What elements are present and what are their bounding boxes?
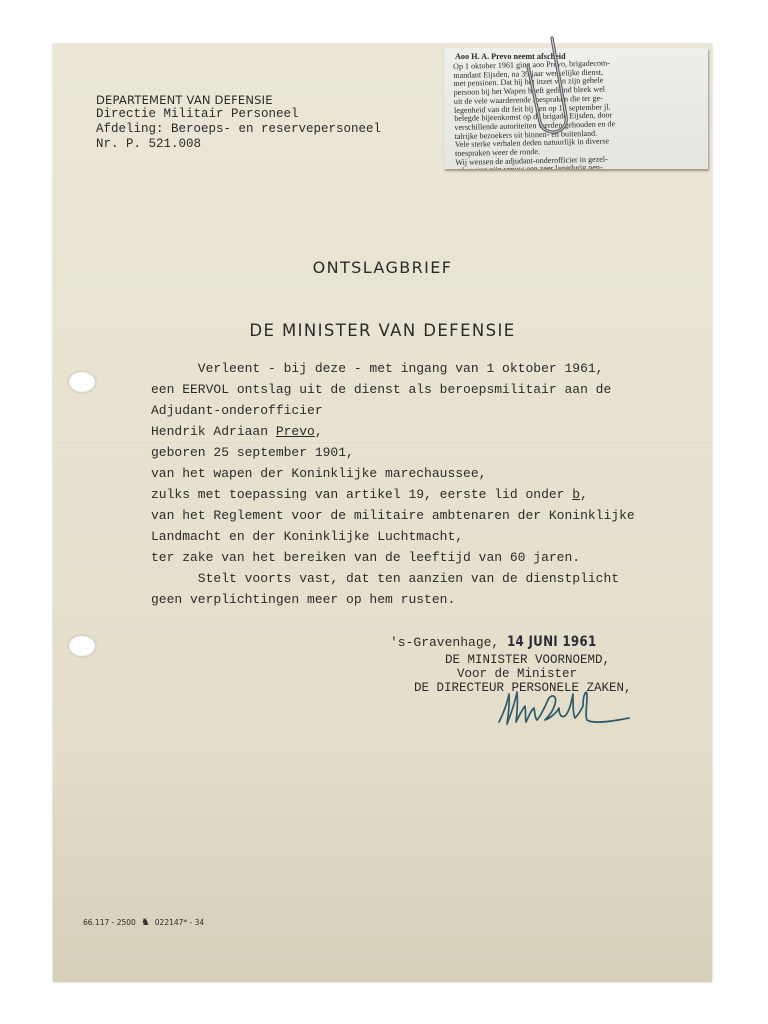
date-stamp: 14 JUNI 1961 — [507, 634, 597, 650]
body-line: geboren 25 september 1901, — [151, 445, 354, 460]
handwritten-signature — [493, 684, 633, 734]
body-punctuation: , — [315, 424, 323, 439]
surname-underlined: Prevo — [276, 424, 315, 439]
footer-code-right: 022147* - 34 — [155, 918, 204, 927]
body-line: ter zake van het bereiken van de leeftij… — [151, 550, 580, 565]
print-footer: 66.117 - 2500 ♞ 022147* - 34 — [83, 917, 204, 928]
crest-icon: ♞ — [141, 917, 150, 928]
clipping-text: Op 1 oktober 1961 ging aoo Prevo, brigad… — [453, 57, 708, 169]
division-line: Afdeling: Beroeps- en reservepersoneel — [96, 122, 381, 136]
body-line: Stelt voorts vast, dat ten aanzien van d… — [151, 571, 619, 586]
document-paper: DEPARTEMENT VAN DEFENSIE Directie Milita… — [53, 44, 712, 982]
document-title: ONTSLAGBRIEF — [53, 258, 712, 277]
document-body: Verleent - bij deze - met ingang van 1 o… — [151, 358, 635, 610]
department-heading: DEPARTEMENT VAN DEFENSIE — [96, 93, 273, 107]
body-line: van het wapen der Koninklijke marechauss… — [151, 466, 486, 481]
body-line: Landmacht en der Koninklijke Luchtmacht, — [151, 529, 463, 544]
place-and-date: 's-Gravenhage, 14 JUNI 1961 — [390, 634, 612, 650]
letterhead-lines: Directie Militair Personeel Afdeling: Be… — [96, 107, 381, 152]
reference-number: Nr. P. 521.008 — [96, 137, 201, 151]
body-line: zulks met toepassing van artikel 19, eer… — [151, 487, 572, 502]
paperclip-icon — [522, 36, 572, 141]
newspaper-clipping: Aoo H. A. Prevo neemt afscheid Op 1 okto… — [444, 48, 708, 169]
punch-hole-bottom — [68, 635, 96, 657]
signature-line-1: DE MINISTER VOORNOEMD, — [445, 653, 610, 668]
signature-line-2: Voor de Minister — [457, 667, 577, 682]
footer-code-left: 66.117 - 2500 — [83, 918, 136, 927]
punch-hole-top — [68, 371, 96, 393]
body-line: Verleent - bij deze - met ingang van 1 o… — [151, 361, 603, 376]
body-line: Hendrik Adriaan — [151, 424, 276, 439]
body-line: geen verplichtingen meer op hem rusten. — [151, 592, 455, 607]
body-punctuation: , — [580, 487, 588, 502]
body-line: Adjudant-onderofficier — [151, 403, 323, 418]
place: 's-Gravenhage, — [390, 635, 507, 650]
issuer-heading: DE MINISTER VAN DEFENSIE — [53, 321, 712, 340]
clause-letter-underlined: b — [572, 487, 580, 502]
body-line: van het Reglement voor de militaire ambt… — [151, 508, 635, 523]
body-line: een EERVOL ontslag uit de dienst als ber… — [151, 382, 611, 397]
directorate-line: Directie Militair Personeel — [96, 107, 299, 121]
